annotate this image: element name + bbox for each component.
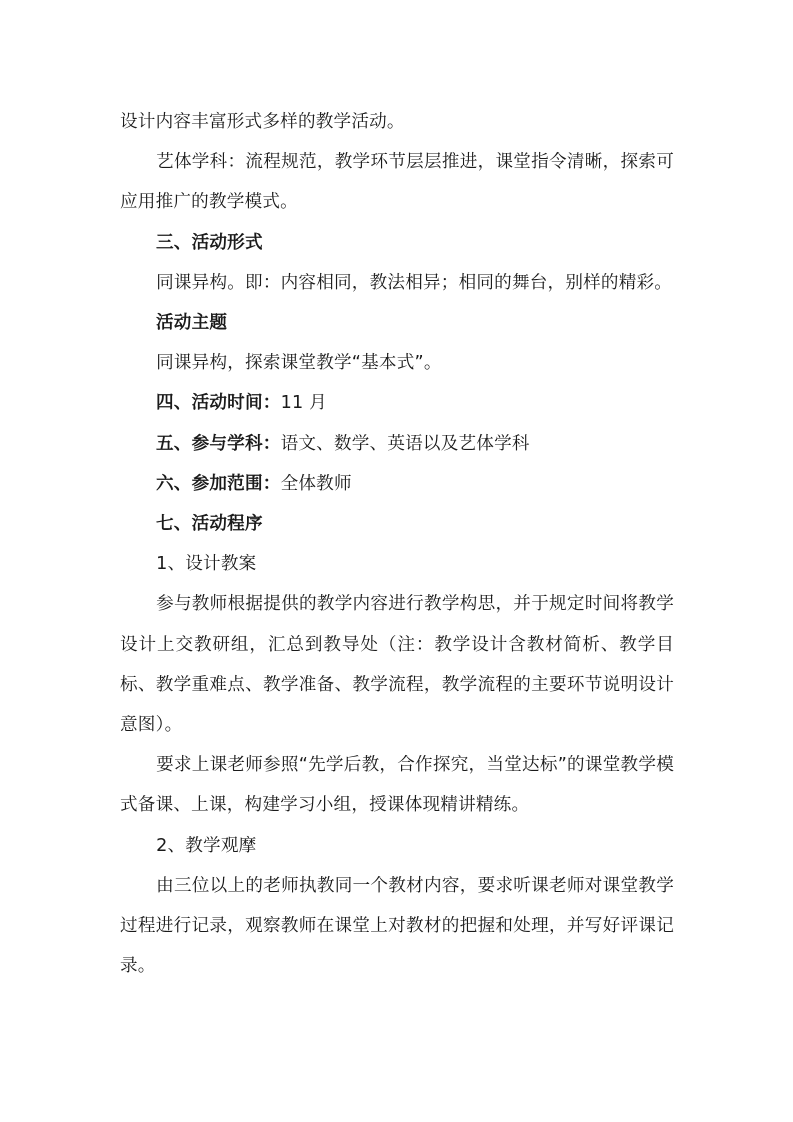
label-activity-time: 四、活动时间： [156, 393, 281, 413]
heading-activity-procedure: 七、活动程序 [120, 504, 674, 544]
heading-activity-format: 三、活动形式 [120, 223, 674, 263]
paragraph-lesson-plan-details: 参与教师根据提供的教学内容进行教学构思，并于规定时间将教学设计上交教研组，汇总到… [120, 584, 674, 745]
item-activity-time: 四、活动时间：11 月 [120, 383, 674, 423]
item-participating-subjects: 五、参与学科：语文、数学、英语以及艺体学科 [120, 424, 674, 464]
document-page: 设计内容丰富形式多样的教学活动。 艺体学科：流程规范，教学环节层层推进，课堂指令… [120, 102, 674, 986]
paragraph-activity-format: 同课异构。即：内容相同，教法相异；相同的舞台，别样的精彩。 [120, 263, 674, 303]
paragraph-observation-details: 由三位以上的老师执教同一个教材内容，要求听课老师对课堂教学过程进行记录，观察教师… [120, 866, 674, 987]
value-participating-subjects: 语文、数学、英语以及艺体学科 [281, 434, 530, 454]
item-participation-scope: 六、参加范围：全体教师 [120, 464, 674, 504]
subheading-design-lesson-plan: 1、设计教案 [120, 544, 674, 584]
value-participation-scope: 全体教师 [281, 474, 352, 494]
heading-activity-theme: 活动主题 [120, 303, 674, 343]
label-participating-subjects: 五、参与学科： [156, 434, 281, 454]
paragraph-arts-subjects: 艺体学科：流程规范，教学环节层层推进，课堂指令清晰，探索可应用推广的教学模式。 [120, 142, 674, 222]
paragraph-teaching-mode-requirement: 要求上课老师参照“先学后教，合作探究，当堂达标”的课堂教学模式备课、上课，构建学… [120, 745, 674, 825]
subheading-teaching-observation: 2、教学观摩 [120, 826, 674, 866]
label-participation-scope: 六、参加范围： [156, 474, 281, 494]
paragraph-activity-design-continued: 设计内容丰富形式多样的教学活动。 [120, 102, 674, 142]
paragraph-activity-theme: 同课异构，探索课堂教学“基本式”。 [120, 343, 674, 383]
value-activity-time: 11 月 [281, 393, 327, 413]
